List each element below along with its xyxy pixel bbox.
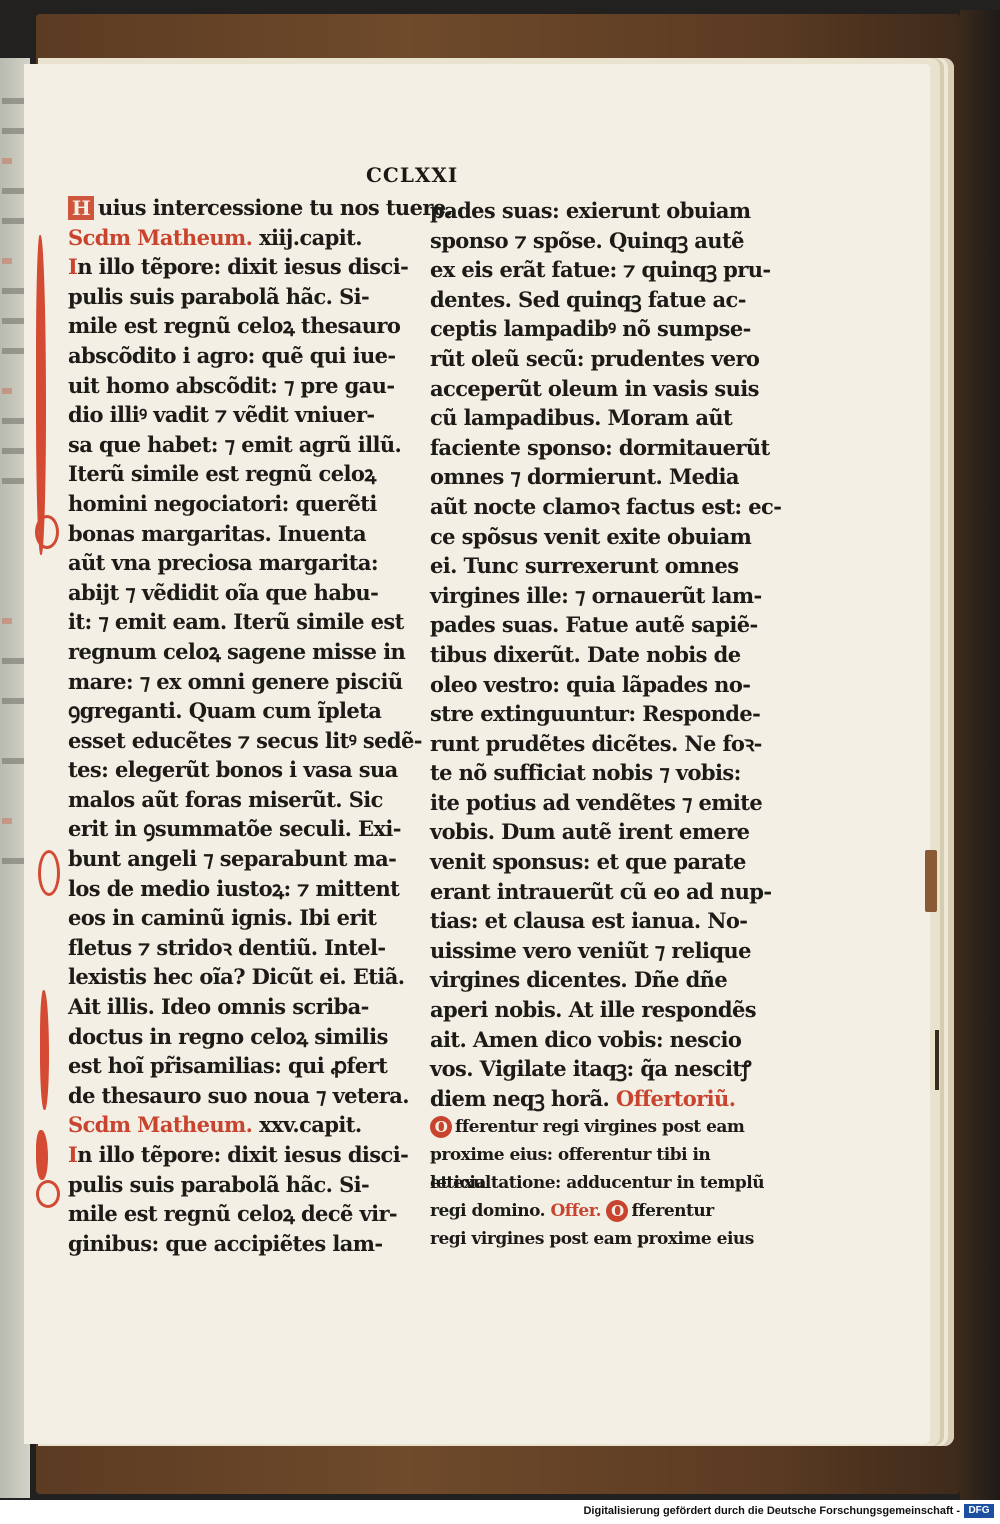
text-line: bonas margaritas. Inuenta bbox=[68, 519, 408, 549]
ghost-text-line bbox=[2, 698, 26, 704]
text-line: In illo tẽpore: dixit iesus disci- bbox=[68, 1140, 408, 1170]
text-line: it: ⁊ emit eam. Iterũ simile est bbox=[68, 607, 408, 637]
text-line: cũ lampadibus. Moram aũt bbox=[430, 403, 770, 433]
text-line: vobis. Dum autẽ irent emere bbox=[430, 817, 770, 847]
ghost-text-line bbox=[2, 288, 26, 294]
text-line: malos aũt foras miserũt. Sic bbox=[68, 785, 408, 815]
text-line: diem neqꝫ horã. Offertoriũ. bbox=[430, 1084, 770, 1114]
ghost-rubric-mark bbox=[2, 258, 12, 264]
text-line: Huius intercessione tu nos tuere. bbox=[68, 193, 408, 223]
text-line: pades suas. Fatue autẽ sapiẽ- bbox=[430, 610, 770, 640]
text-line: ceptis lampadibꝰ nõ sumpse- bbox=[430, 314, 770, 344]
text-line: ei. Tunc surrexerunt omnes bbox=[430, 551, 770, 581]
ghost-text-line bbox=[2, 418, 26, 424]
text-line: stre extinguuntur: Responde- bbox=[430, 699, 770, 729]
text-line: pulis suis parabolã hãc. Si- bbox=[68, 282, 408, 312]
text-line: te nõ sufficiat nobis ⁊ vobis: bbox=[430, 758, 770, 788]
funding-credit: Digitalisierung gefördert durch die Deut… bbox=[583, 1505, 960, 1517]
ghost-rubric-mark bbox=[2, 618, 12, 624]
text-line: abscõdito i agro: quẽ qui iue- bbox=[68, 341, 408, 371]
text-line: Iterũ simile est regnũ celoꝝ bbox=[68, 459, 408, 489]
ghost-text-line bbox=[2, 758, 26, 764]
text-line: los de medio iustoꝝ: ⁊ mittent bbox=[68, 874, 408, 904]
text-line: In illo tẽpore: dixit iesus disci- bbox=[68, 252, 408, 282]
ghost-text-line bbox=[2, 658, 26, 664]
text-line: sponso ⁊ spõse. Quinqꝫ autẽ bbox=[430, 226, 770, 256]
text-line: tias: et clausa est ianua. No- bbox=[430, 906, 770, 936]
text-line: eos in caminũ ignis. Ibi erit bbox=[68, 903, 408, 933]
ghost-text-line bbox=[2, 188, 26, 194]
offertory-initial: O bbox=[606, 1200, 628, 1222]
text-line: ꝯgreganti. Quam cum ĩpleta bbox=[68, 696, 408, 726]
text-line: de thesauro suo noua ⁊ vetera. bbox=[68, 1081, 408, 1111]
text-line: acceperũt oleum in vasis suis bbox=[430, 374, 770, 404]
text-line: lexistis hec oĩa? Dicũt ei. Etiã. bbox=[68, 962, 408, 992]
offer-rubric: Offer. bbox=[550, 1201, 601, 1221]
text-line: omnes ⁊ dormierunt. Media bbox=[430, 462, 770, 492]
ghost-rubric-mark bbox=[2, 818, 12, 824]
text-line: ginibus: que accipiẽtes lam- bbox=[68, 1229, 408, 1259]
ghost-text-line bbox=[2, 218, 26, 224]
text-line: virgines dicentes. Dñe dñe bbox=[430, 965, 770, 995]
rubric-heading: Scdm Matheum. xiij.capit. bbox=[68, 223, 408, 253]
text-line: ex eis erãt fatue: ⁊ quinqꝫ pru- bbox=[430, 255, 770, 285]
text-line: esset educẽtes ⁊ secus litꝰ sedẽ- bbox=[68, 726, 408, 756]
text-line: sa que habet: ⁊ emit agrũ illũ. bbox=[68, 430, 408, 460]
text-line: mile est regnũ celoꝝ decẽ vir- bbox=[68, 1199, 408, 1229]
right-text-column: pades suas: exierunt obuiam sponso ⁊ spõ… bbox=[430, 196, 770, 1253]
digitization-footer: Digitalisierung gefördert durch die Deut… bbox=[0, 1500, 1000, 1524]
ghost-text-line bbox=[2, 478, 26, 484]
text-line: tes: elegerũt bonos i vasa sua bbox=[68, 755, 408, 785]
offertory-line: et exultatione: adducentur in templũ bbox=[430, 1169, 770, 1197]
offertory-line: regi domino. Offer. Offerentur bbox=[430, 1197, 770, 1225]
text-line: regnum celoꝝ sagene misse in bbox=[68, 637, 408, 667]
text-line: mare: ⁊ ex omni genere pisciũ bbox=[68, 667, 408, 697]
offertory-initial: O bbox=[430, 1116, 452, 1138]
ghost-text-line bbox=[2, 448, 26, 454]
text-line: aũt vna preciosa margarita: bbox=[68, 548, 408, 578]
red-capital: I bbox=[68, 254, 77, 279]
text-line: ce spõsus venit exite obuiam bbox=[430, 522, 770, 552]
text-line: erant intrauerũt cũ eo ad nup- bbox=[430, 877, 770, 907]
offertory-rubric: Offertoriũ. bbox=[616, 1086, 736, 1111]
red-capital: I bbox=[68, 1142, 77, 1167]
rubric-text: Scdm Matheum. bbox=[68, 225, 252, 250]
text-line: fletus ⁊ stridoꝛ dentiũ. Intel- bbox=[68, 933, 408, 963]
text-line: bunt angeli ⁊ separabunt ma- bbox=[68, 844, 408, 874]
text-line: Ait illis. Ideo omnis scriba- bbox=[68, 992, 408, 1022]
text-line: aũt nocte clamoꝛ factus est: ec- bbox=[430, 492, 770, 522]
initial-flourish bbox=[38, 850, 60, 896]
dfg-logo: DFG bbox=[964, 1504, 994, 1518]
offertory-line: regi virgines post eam proxime eius bbox=[430, 1225, 770, 1253]
text-line: homini negociatori: querẽti bbox=[68, 489, 408, 519]
rubric-heading: Scdm Matheum. xxv.capit. bbox=[68, 1110, 408, 1140]
text-line: runt prudẽtes dicẽtes. Ne foꝛ- bbox=[430, 729, 770, 759]
text-line: ite potius ad vendẽtes ⁊ emite bbox=[430, 788, 770, 818]
text-line: tibus dixerũt. Date nobis de bbox=[430, 640, 770, 670]
binding-edge bbox=[960, 10, 1000, 1500]
ghost-text-line bbox=[2, 128, 26, 134]
text-line: faciente sponso: dormitauerũt bbox=[430, 433, 770, 463]
offertory-line: proxime eius: offerentur tibi in leticia bbox=[430, 1141, 770, 1169]
text-line: erit in ꝯsummatõe seculi. Exi- bbox=[68, 814, 408, 844]
ghost-rubric-mark bbox=[2, 158, 12, 164]
text-line: venit sponsus: et que parate bbox=[430, 847, 770, 877]
ghost-text-line bbox=[2, 858, 26, 864]
text-line: uit homo abscõdit: ⁊ pre gau- bbox=[68, 371, 408, 401]
text-line: rũt oleũ secũ: prudentes vero bbox=[430, 344, 770, 374]
rubricated-initial-stroke bbox=[36, 1130, 48, 1180]
rubric-text: Scdm Matheum. bbox=[68, 1112, 252, 1137]
ghost-text-line bbox=[2, 98, 26, 104]
ghost-text-line bbox=[2, 348, 26, 354]
text-line: pades suas: exierunt obuiam bbox=[430, 196, 770, 226]
text-line: uissime vero veniũt ⁊ relique bbox=[430, 936, 770, 966]
text-line: mile est regnũ celoꝝ thesauro bbox=[68, 311, 408, 341]
text-line: vos. Vigilate itaqꝫ: q̃a nescitꝭ bbox=[430, 1054, 770, 1084]
text-line: abijt ⁊ vẽdidit oĩa que habu- bbox=[68, 578, 408, 608]
left-text-column: Huius intercessione tu nos tuere. Scdm M… bbox=[68, 193, 408, 1258]
page-marker-strip bbox=[935, 1030, 939, 1090]
text-line: est hoĩ pr̃isamilias: qui ꝓfert bbox=[68, 1051, 408, 1081]
text-line: ait. Amen dico vobis: nescio bbox=[430, 1025, 770, 1055]
text-line: dio illiꝰ vadit ⁊ vẽdit vniuer- bbox=[68, 400, 408, 430]
ghost-rubric-mark bbox=[2, 388, 12, 394]
text-line: pulis suis parabolã hãc. Si- bbox=[68, 1170, 408, 1200]
text-line: oleo vestro: quia lãpades no- bbox=[430, 670, 770, 700]
initial-flourish bbox=[35, 515, 59, 549]
leather-tab-marker bbox=[925, 850, 937, 912]
initial-flourish bbox=[36, 1180, 60, 1208]
text-line: doctus in regno celoꝝ similis bbox=[68, 1022, 408, 1052]
folio-number: CCLXXI bbox=[366, 163, 458, 187]
offertory-line: Offerentur regi virgines post eam bbox=[430, 1113, 770, 1141]
text-line: virgines ille: ⁊ ornauerũt lam- bbox=[430, 581, 770, 611]
text-line: aperi nobis. At ille respondẽs bbox=[430, 995, 770, 1025]
text-line: dentes. Sed quinqꝫ fatue ac- bbox=[430, 285, 770, 315]
ghost-text-line bbox=[2, 318, 26, 324]
rubricated-initial: H bbox=[68, 196, 94, 220]
